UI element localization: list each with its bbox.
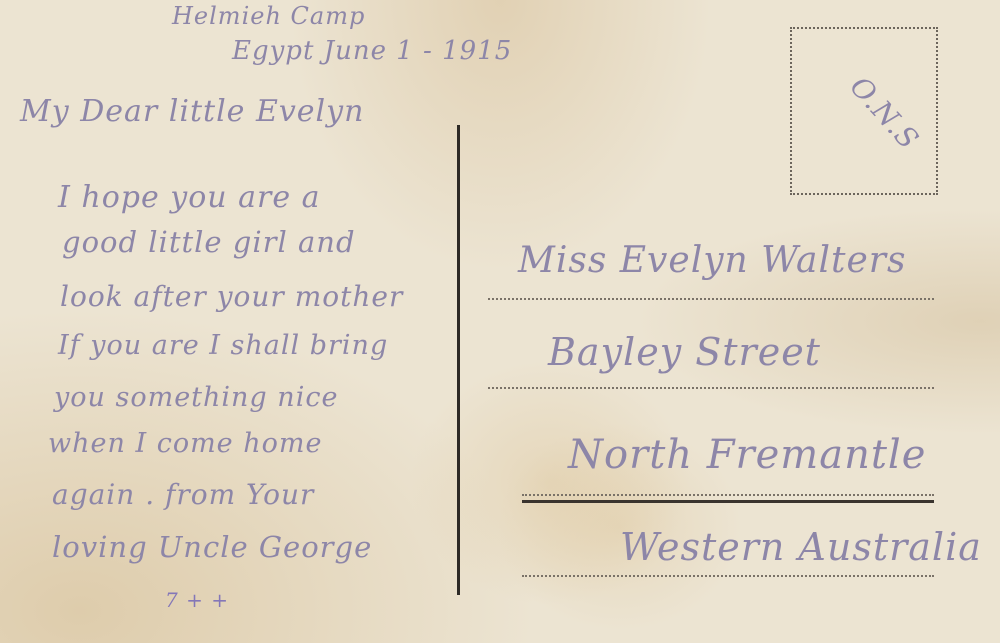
center-divider [457, 125, 460, 595]
message-line: again . from Your [52, 478, 314, 511]
message-salutation: My Dear little Evelyn [20, 94, 364, 129]
address-state: Western Australia [620, 525, 982, 569]
address-city: North Fremantle [568, 432, 926, 478]
address-street: Bayley Street [548, 330, 821, 374]
address-line-2 [488, 387, 934, 389]
message-line: you something nice [54, 382, 338, 413]
message-line: I hope you are a [58, 180, 321, 215]
message-signature: loving Uncle George [52, 530, 372, 564]
address-name: Miss Evelyn Walters [518, 240, 906, 281]
postcard: Helmieh Camp Egypt June 1 - 1915 My Dear… [0, 0, 1000, 643]
header-date: Egypt June 1 - 1915 [232, 36, 512, 66]
address-line-1 [488, 298, 934, 300]
address-line-3 [522, 494, 934, 496]
message-line: look after your mother [60, 280, 403, 313]
address-line-4 [522, 575, 934, 577]
message-line: when I come home [48, 428, 322, 459]
message-line: If you are I shall bring [58, 330, 388, 361]
message-line: good little girl and [62, 225, 356, 259]
address-solid-rule [522, 500, 934, 503]
header-location: Helmieh Camp [172, 2, 365, 30]
message-postscript: 7 + + [165, 588, 229, 612]
